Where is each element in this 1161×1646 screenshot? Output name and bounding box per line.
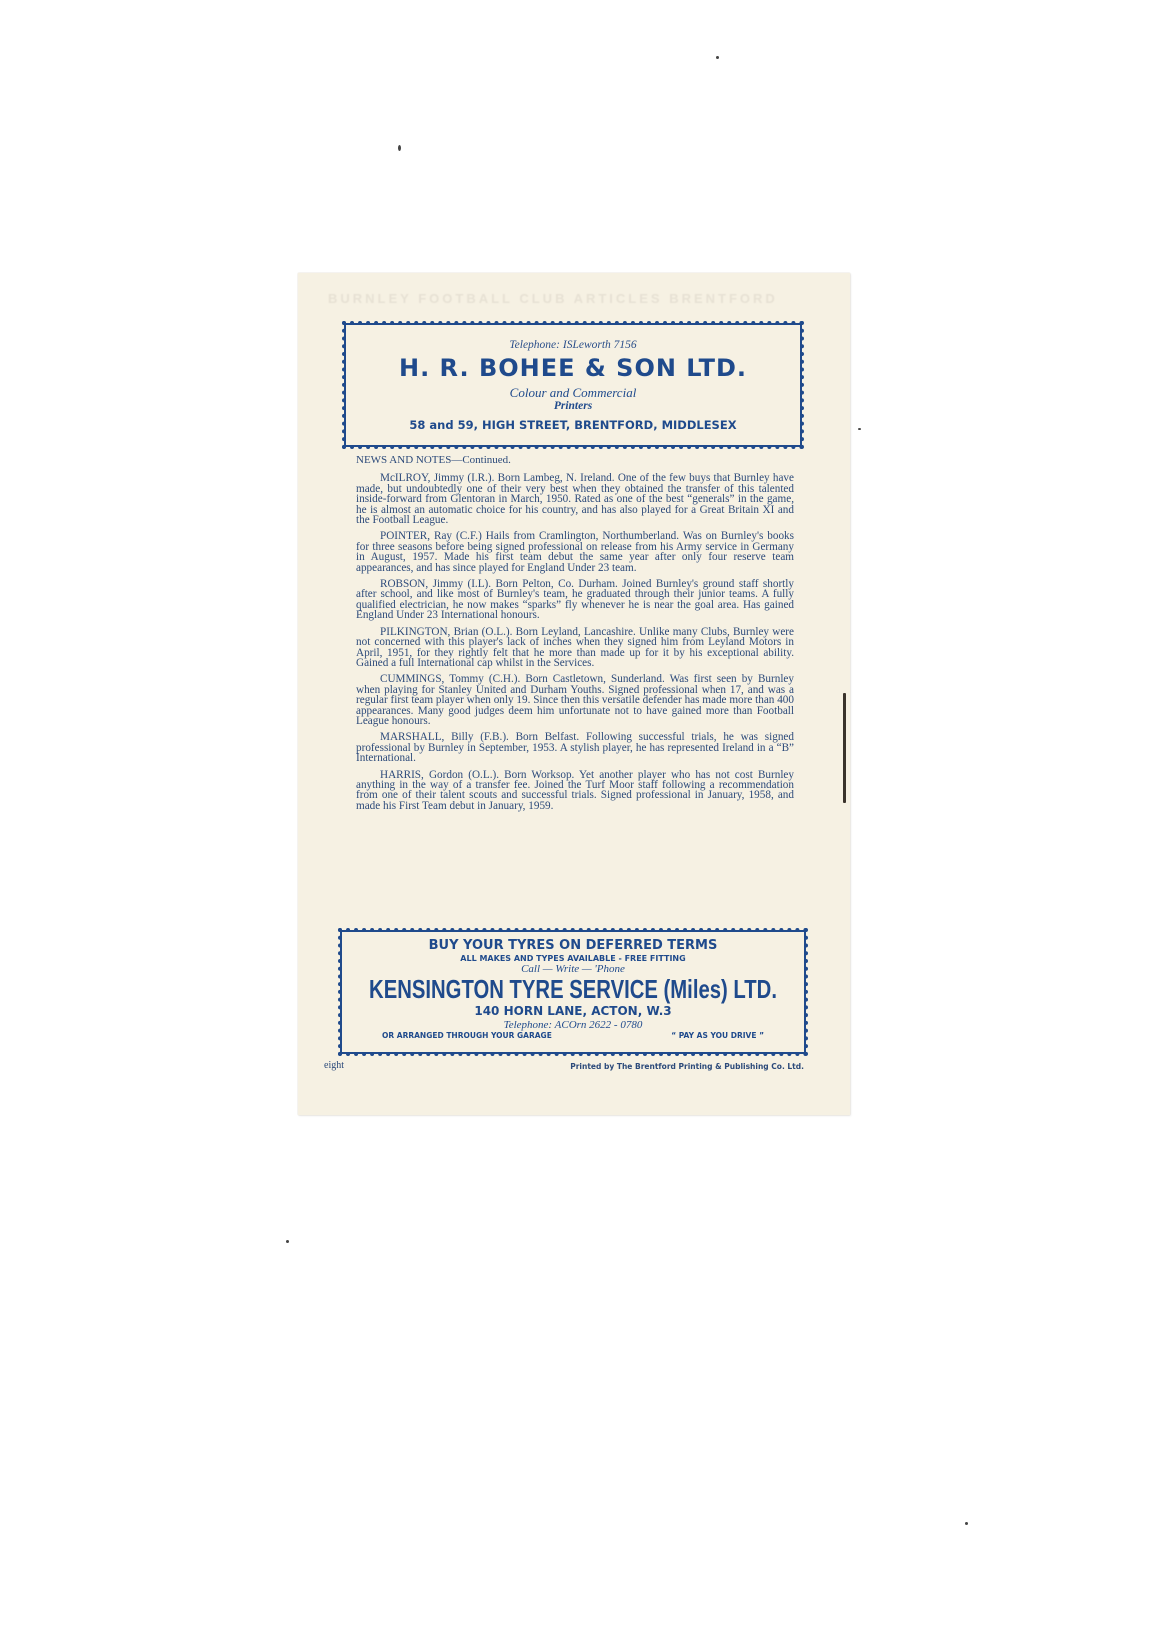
kensington-tyre-advert: BUY YOUR TYRES ON DEFERRED TERMS ALL MAK… (338, 928, 808, 1056)
show-through-text: BURNLEY FOOTBALL CLUB ARTICLES BRENTFORD (328, 291, 818, 315)
player-paragraph: POINTER, Ray (C.F.) Hails from Cramlingt… (356, 531, 794, 573)
bohee-tagline-printers: Printers (346, 400, 800, 412)
dust-speck (716, 56, 719, 59)
article-heading: NEWS AND NOTES—Continued. (356, 455, 794, 465)
tyre-telephone: Telephone: ACOrn 2622 - 0780 (342, 1019, 804, 1031)
tyre-garage-row: OR ARRANGED THROUGH YOUR GARAGE “ PAY AS… (342, 1031, 804, 1040)
dust-speck (286, 1240, 289, 1243)
tyre-address: 140 HORN LANE, ACTON, W.3 (342, 1004, 804, 1018)
page-number: eight (324, 1060, 344, 1071)
player-paragraph: MARSHALL, Billy (F.B.). Born Belfast. Fo… (356, 732, 794, 763)
player-paragraph: CUMMINGS, Tommy (C.H.). Born Castletown,… (356, 674, 794, 726)
dust-speck (965, 1522, 968, 1525)
bohee-tagline: Colour and Commercial (346, 386, 800, 400)
printer-credit: Printed by The Brentford Printing & Publ… (570, 1062, 804, 1071)
tyre-slogan: “ PAY AS YOU DRIVE ” (671, 1031, 764, 1040)
tyre-subline: ALL MAKES AND TYPES AVAILABLE - FREE FIT… (342, 954, 804, 963)
bohee-address: 58 and 59, HIGH STREET, BRENTFORD, MIDDL… (346, 418, 800, 432)
player-paragraph: PILKINGTON, Brian (O.L.). Born Leyland, … (356, 627, 794, 669)
player-paragraph: ROBSON, Jimmy (I.L). Born Pelton, Co. Du… (356, 579, 794, 621)
tyre-company-name: KENSINGTON TYRE SERVICE (Miles) LTD. (346, 975, 800, 1003)
news-and-notes: NEWS AND NOTES—Continued. McILROY, Jimmy… (356, 455, 794, 817)
dust-speck (858, 428, 861, 430)
programme-page: BURNLEY FOOTBALL CLUB ARTICLES BRENTFORD… (298, 273, 850, 1115)
bohee-telephone: Telephone: ISLeworth 7156 (346, 339, 800, 351)
staple-mark (843, 693, 846, 803)
player-paragraph: McILROY, Jimmy (I.R.). Born Lambeg, N. I… (356, 473, 794, 525)
dust-speck (398, 145, 401, 151)
player-paragraph: HARRIS, Gordon (O.L.). Born Worksop. Yet… (356, 770, 794, 812)
bohee-company-name: H. R. BOHEE & SON LTD. (346, 354, 800, 382)
tyre-garage-text: OR ARRANGED THROUGH YOUR GARAGE (382, 1031, 552, 1040)
tyre-headline: BUY YOUR TYRES ON DEFERRED TERMS (342, 938, 804, 953)
bohee-advert: Telephone: ISLeworth 7156 H. R. BOHEE & … (342, 321, 804, 449)
